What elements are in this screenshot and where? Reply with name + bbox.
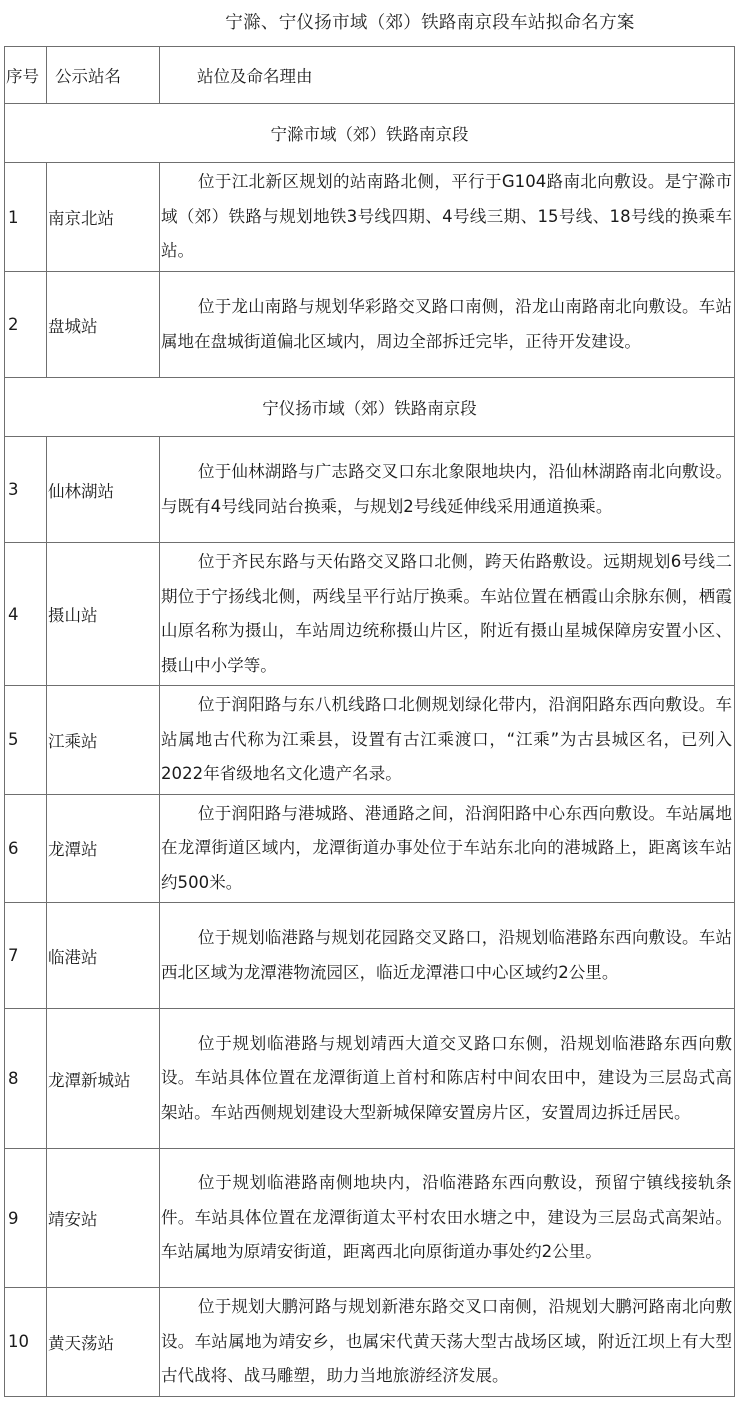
station-description: 位于江北新区规划的站南路北侧，平行于G104路南北向敷设。是宁滁市域（郊）铁路与… (160, 163, 735, 272)
station-description: 位于规划大鹏河路与规划新港东路交叉口南侧，沿规划大鹏河路南北向敷设。车站属地为靖… (160, 1288, 735, 1397)
station-description: 位于规划临港路与规划靖西大道交叉路口东侧，沿规划临港路东西向敷设。车站具体位置在… (160, 1009, 735, 1149)
table-row: 2 盘城站 位于龙山南路与规划华彩路交叉路口南侧，沿龙山南路南北向敷设。车站属地… (5, 272, 735, 378)
station-description: 位于润阳路与东八机线路口北侧规划绿化带内，沿润阳路东西向敷设。车站属地古代称为江… (160, 686, 735, 795)
header-station-name: 公示站名 (47, 47, 160, 104)
station-naming-table: 序号 公示站名 站位及命名理由 宁滁市域（郊）铁路南京段 1 南京北站 位于江北… (4, 46, 735, 1397)
station-description: 位于齐民东路与天佑路交叉路口北侧，跨天佑路敷设。远期规划6号线二期位于宁扬线北侧… (160, 543, 735, 686)
station-description: 位于仙林湖路与广志路交叉口东北象限地块内，沿仙林湖路南北向敷设。与既有4号线同站… (160, 437, 735, 543)
row-number: 10 (5, 1288, 47, 1397)
station-name: 摄山站 (47, 543, 160, 686)
section-header-ningchu: 宁滁市域（郊）铁路南京段 (5, 104, 735, 163)
station-name: 仙林湖站 (47, 437, 160, 543)
table-row: 5 江乘站 位于润阳路与东八机线路口北侧规划绿化带内，沿润阳路东西向敷设。车站属… (5, 686, 735, 795)
document-title: 宁滁、宁仪扬市域（郊）铁路南京段车站拟命名方案 (0, 8, 740, 38)
station-name: 临港站 (47, 903, 160, 1009)
table-row: 8 龙潭新城站 位于规划临港路与规划靖西大道交叉路口东侧，沿规划临港路东西向敷设… (5, 1009, 735, 1149)
row-number: 2 (5, 272, 47, 378)
station-name: 盘城站 (47, 272, 160, 378)
table-row: 7 临港站 位于规划临港路与规划花园路交叉路口，沿规划临港路东西向敷设。车站西北… (5, 903, 735, 1009)
table-row: 6 龙潭站 位于润阳路与港城路、港通路之间，沿润阳路中心东西向敷设。车站属地在龙… (5, 794, 735, 903)
table-row: 1 南京北站 位于江北新区规划的站南路北侧，平行于G104路南北向敷设。是宁滁市… (5, 163, 735, 272)
table-row: 9 靖安站 位于规划临港路南侧地块内，沿临港路东西向敷设，预留宁镇线接轨条件。车… (5, 1149, 735, 1288)
station-description: 位于润阳路与港城路、港通路之间，沿润阳路中心东西向敷设。车站属地在龙潭街道区域内… (160, 794, 735, 903)
station-description: 位于龙山南路与规划华彩路交叉路口南侧，沿龙山南路南北向敷设。车站属地在盘城街道偏… (160, 272, 735, 378)
section-header-ningyiyang: 宁仪扬市域（郊）铁路南京段 (5, 378, 735, 437)
row-number: 4 (5, 543, 47, 686)
station-description: 位于规划临港路南侧地块内，沿临港路东西向敷设，预留宁镇线接轨条件。车站具体位置在… (160, 1149, 735, 1288)
row-number: 7 (5, 903, 47, 1009)
row-number: 6 (5, 794, 47, 903)
station-name: 黄天荡站 (47, 1288, 160, 1397)
table-row: 3 仙林湖站 位于仙林湖路与广志路交叉口东北象限地块内，沿仙林湖路南北向敷设。与… (5, 437, 735, 543)
row-number: 1 (5, 163, 47, 272)
section-title: 宁仪扬市域（郊）铁路南京段 (5, 378, 735, 437)
station-description: 位于规划临港路与规划花园路交叉路口，沿规划临港路东西向敷设。车站西北区域为龙潭港… (160, 903, 735, 1009)
row-number: 9 (5, 1149, 47, 1288)
section-title: 宁滁市域（郊）铁路南京段 (5, 104, 735, 163)
row-number: 3 (5, 437, 47, 543)
header-serial-number: 序号 (5, 47, 47, 104)
table-row: 10 黄天荡站 位于规划大鹏河路与规划新港东路交叉口南侧，沿规划大鹏河路南北向敷… (5, 1288, 735, 1397)
row-number: 8 (5, 1009, 47, 1149)
table-row: 4 摄山站 位于齐民东路与天佑路交叉路口北侧，跨天佑路敷设。远期规划6号线二期位… (5, 543, 735, 686)
station-name: 江乘站 (47, 686, 160, 795)
row-number: 5 (5, 686, 47, 795)
station-name: 靖安站 (47, 1149, 160, 1288)
table-header-row: 序号 公示站名 站位及命名理由 (5, 47, 735, 104)
header-location-reason: 站位及命名理由 (160, 47, 735, 104)
station-name: 龙潭站 (47, 794, 160, 903)
station-name: 南京北站 (47, 163, 160, 272)
station-name: 龙潭新城站 (47, 1009, 160, 1149)
